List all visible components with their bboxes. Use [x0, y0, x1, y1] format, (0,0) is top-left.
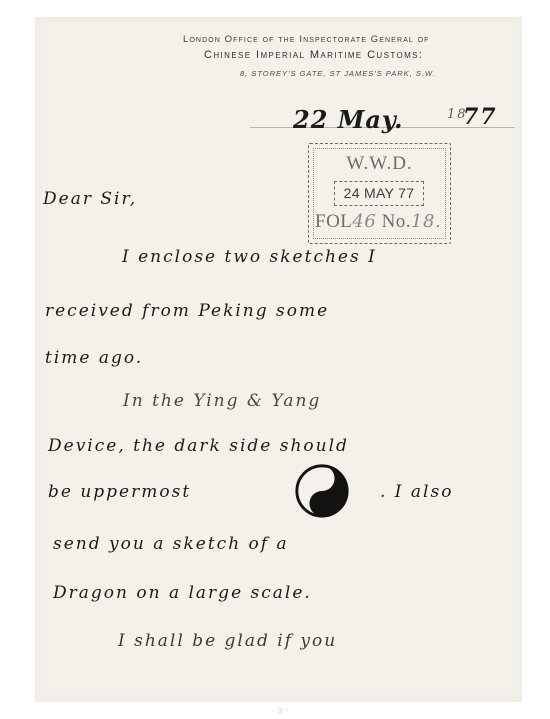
- stamp-initials: W.W.D.: [309, 153, 450, 175]
- letter-line: send you a sketch of a: [53, 534, 289, 554]
- letter-line: received from Peking some: [45, 301, 329, 321]
- date-year-suffix: 77: [463, 104, 498, 130]
- stamp-no-number: 18.: [411, 211, 441, 232]
- stamp-fol-number: 46: [352, 211, 376, 232]
- letter-line: I shall be glad if you: [118, 631, 337, 651]
- letter-page: London Office of the Inspectorate Genera…: [35, 17, 522, 702]
- stamp-no-label: No.: [382, 211, 411, 232]
- letter-line: time ago.: [45, 348, 143, 368]
- stamp-fol-label: FOL: [315, 211, 352, 232]
- page-number: - 3 -: [272, 708, 289, 715]
- letterhead-address: 8, STOREY'S GATE, ST JAMES'S PARK, S.W.: [240, 69, 436, 78]
- letter-line: Dragon on a large scale.: [53, 583, 312, 603]
- letter-date: 22 May.: [293, 105, 403, 134]
- letter-line: be uppermost: [48, 482, 191, 502]
- stamp-folio: FOL46 No.18.: [315, 211, 441, 233]
- yin-yang-icon: [293, 462, 351, 520]
- stamp-received-date: 24 MAY 77: [334, 181, 424, 206]
- received-stamp: W.W.D. 24 MAY 77 FOL46 No.18.: [308, 143, 451, 244]
- letterhead-organization: Chinese Imperial Maritime Customs:: [204, 49, 423, 61]
- letter-line: I enclose two sketches I: [122, 247, 377, 267]
- letterhead-office: London Office of the Inspectorate Genera…: [183, 34, 430, 45]
- letter-line: In the Ying & Yang: [123, 391, 321, 411]
- letter-line: Device, the dark side should: [48, 436, 349, 456]
- salutation: Dear Sir,: [43, 189, 137, 209]
- letter-line: . I also: [380, 482, 453, 502]
